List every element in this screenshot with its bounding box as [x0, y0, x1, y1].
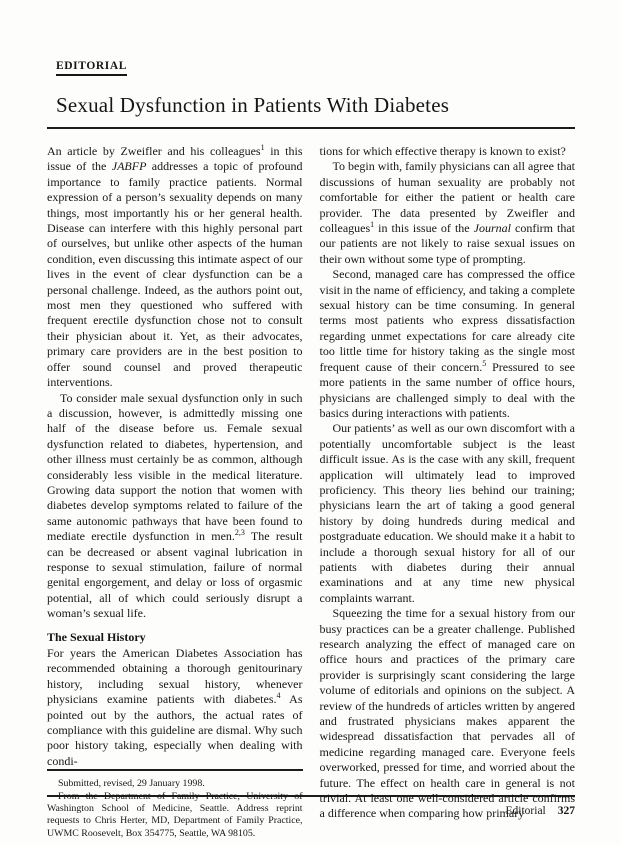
footer-page-number: 327 — [558, 805, 575, 817]
footnote-line: Submitted, revised, 29 January 1998. — [47, 778, 303, 790]
column-text-left: An article by Zweifler and his colleague… — [47, 144, 303, 769]
section-heading: The Sexual History — [47, 630, 303, 645]
article-column-right: tions for which effective therapy is kno… — [320, 144, 576, 791]
footnote-divider — [47, 769, 303, 771]
page-title: Sexual Dysfunction in Patients With Diab… — [56, 93, 575, 118]
body-paragraph: To begin with, family physicians can all… — [320, 159, 576, 267]
body-paragraph: Second, managed care has compressed the … — [320, 267, 576, 421]
body-paragraph: An article by Zweifler and his colleague… — [47, 144, 303, 391]
body-paragraph: tions for which effective therapy is kno… — [320, 144, 576, 159]
footnote-block: Submitted, revised, 29 January 1998.From… — [47, 769, 303, 840]
footnote-line: From the Department of Family Practice, … — [47, 791, 303, 841]
article-column-left: An article by Zweifler and his colleague… — [47, 144, 303, 791]
column-text-right: tions for which effective therapy is kno… — [320, 144, 576, 822]
body-paragraph: For years the American Diabetes Associat… — [47, 646, 303, 769]
footnote-text: Submitted, revised, 29 January 1998.From… — [47, 778, 303, 840]
body-paragraph: Our patients’ as well as our own discomf… — [320, 421, 576, 606]
body-paragraph: To consider male sexual dysfunction only… — [47, 391, 303, 622]
footer-section-label: Editorial — [506, 805, 546, 817]
journal-page: EDITORIAL Sexual Dysfunction in Patients… — [0, 0, 620, 845]
body-paragraph: Squeezing the time for a sexual history … — [320, 606, 576, 822]
editorial-kicker-label: EDITORIAL — [56, 60, 127, 76]
article-body: An article by Zweifler and his colleague… — [47, 144, 575, 791]
title-divider — [47, 127, 575, 129]
